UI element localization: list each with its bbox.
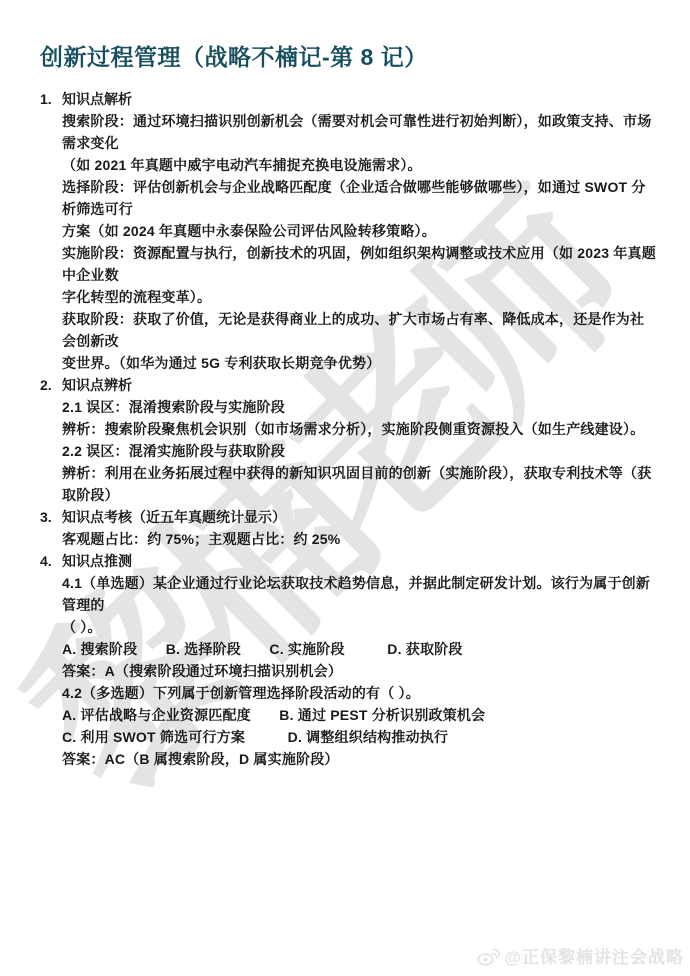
section-heading: 2. 知识点辨析	[40, 374, 658, 396]
section-body: 搜索阶段：通过环境扫描识别创新机会（需要对机会可靠性进行初始判断），如政策支持、…	[40, 110, 658, 374]
section-heading: 3. 知识点考核（近五年真题统计显示）	[40, 506, 658, 528]
footer-watermark-text: @正保黎楠讲注会战略	[504, 943, 684, 968]
section-body: 4.1（单选题）某企业通过行业论坛获取技术趋势信息，并据此制定研发计划。该行为属…	[40, 572, 658, 770]
text-line: 获取阶段：获取了价值，无论是获得商业上的成功、扩大市场占有率、降低成本，还是作为…	[62, 308, 658, 352]
section-heading-label: 知识点辨析	[62, 374, 132, 396]
section-body: 客观题占比：约 75%；主观题占比：约 25%	[40, 528, 658, 550]
text-line: 4.2（多选题）下列属于创新管理选择阶段活动的有（ ）。	[62, 682, 658, 704]
text-line: C. 利用 SWOT 筛选可行方案 D. 调整组织结构推动执行	[62, 726, 658, 748]
section-heading: 4. 知识点推测	[40, 550, 658, 572]
text-line: A. 搜索阶段 B. 选择阶段 C. 实施阶段 D. 获取阶段	[62, 638, 658, 660]
text-line: （如 2021 年真题中威宇电动汽车捕捉充换电设施需求）。	[62, 154, 658, 176]
section-number: 1.	[40, 88, 62, 110]
text-line: 答案：AC（B 属搜索阶段，D 属实施阶段）	[62, 748, 658, 770]
text-line: 变世界。（如华为通过 5G 专利获取长期竞争优势）	[62, 352, 658, 374]
text-line: 答案：A（搜索阶段通过环境扫描识别机会）	[62, 660, 658, 682]
page-title: 创新过程管理（战略不楠记-第 8 记）	[40, 42, 658, 72]
footer-watermark: @正保黎楠讲注会战略	[476, 943, 684, 968]
text-line: 4.1（单选题）某企业通过行业论坛获取技术趋势信息，并据此制定研发计划。该行为属…	[62, 572, 658, 616]
text-line: 方案（如 2024 年真题中永泰保险公司评估风险转移策略）。	[62, 220, 658, 242]
section-exam-statistics: 3. 知识点考核（近五年真题统计显示） 客观题占比：约 75%；主观题占比：约 …	[40, 506, 658, 550]
section-heading: 1. 知识点解析	[40, 88, 658, 110]
section-number: 4.	[40, 550, 62, 572]
section-body: 2.1 误区：混淆搜索阶段与实施阶段辨析：搜索阶段聚焦机会识别（如市场需求分析）…	[40, 396, 658, 506]
text-line: 客观题占比：约 75%；主观题占比：约 25%	[62, 528, 658, 550]
text-line: 辨析：利用在业务拓展过程中获得的新知识巩固目前的创新（实施阶段），获取专利技术等…	[62, 462, 658, 506]
section-heading-label: 知识点解析	[62, 88, 132, 110]
document-body: 创新过程管理（战略不楠记-第 8 记） 1. 知识点解析 搜索阶段：通过环境扫描…	[40, 42, 658, 770]
text-line: 辨析：搜索阶段聚焦机会识别（如市场需求分析），实施阶段侧重资源投入（如生产线建设…	[62, 418, 658, 440]
text-line: 选择阶段：评估创新机会与企业战略匹配度（企业适合做哪些能够做哪些），如通过 SW…	[62, 176, 658, 220]
weibo-icon	[476, 944, 500, 968]
section-number: 3.	[40, 506, 62, 528]
text-line: （ ）。	[62, 616, 658, 638]
text-line: 实施阶段：资源配置与执行，创新技术的巩固，例如组织架构调整或技术应用（如 202…	[62, 242, 658, 286]
section-number: 2.	[40, 374, 62, 396]
section-predicted-questions: 4. 知识点推测 4.1（单选题）某企业通过行业论坛获取技术趋势信息，并据此制定…	[40, 550, 658, 770]
section-heading-label: 知识点考核（近五年真题统计显示）	[62, 506, 286, 528]
text-line: 2.1 误区：混淆搜索阶段与实施阶段	[62, 396, 658, 418]
text-line: 搜索阶段：通过环境扫描识别创新机会（需要对机会可靠性进行初始判断），如政策支持、…	[62, 110, 658, 154]
text-line: A. 评估战略与企业资源匹配度 B. 通过 PEST 分析识别政策机会	[62, 704, 658, 726]
section-knowledge-analysis: 1. 知识点解析 搜索阶段：通过环境扫描识别创新机会（需要对机会可靠性进行初始判…	[40, 88, 658, 374]
text-line: 2.2 误区：混淆实施阶段与获取阶段	[62, 440, 658, 462]
text-line: 字化转型的流程变革）。	[62, 286, 658, 308]
section-misconceptions: 2. 知识点辨析 2.1 误区：混淆搜索阶段与实施阶段辨析：搜索阶段聚焦机会识别…	[40, 374, 658, 506]
section-heading-label: 知识点推测	[62, 550, 132, 572]
